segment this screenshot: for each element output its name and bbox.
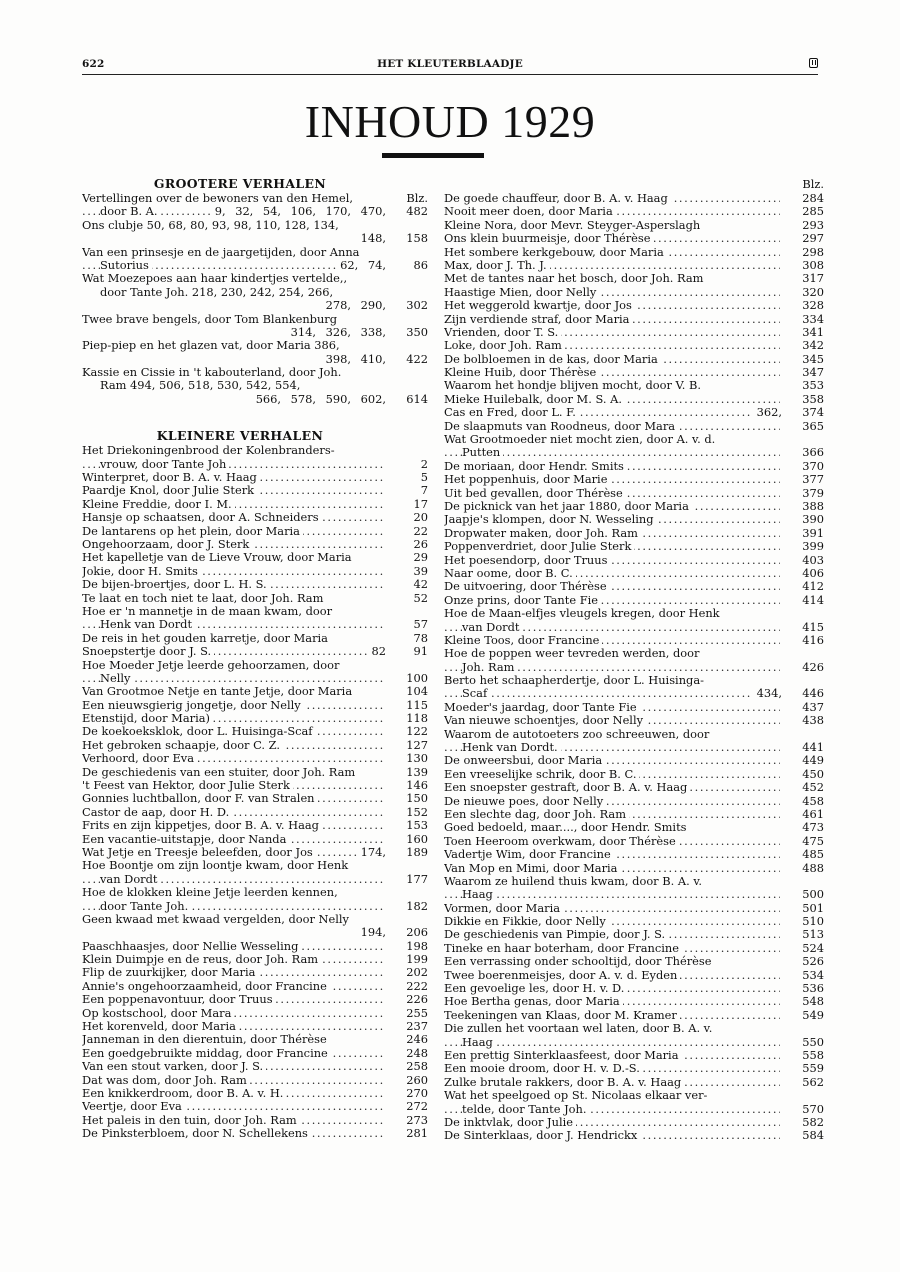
toc-entry[interactable]: Zijn verdiende straf, door Maria........… — [444, 313, 824, 326]
header-rule — [82, 74, 818, 75]
toc-entry-page-number: 558 — [802, 1049, 824, 1062]
toc-entry-page-number: 130 — [406, 752, 428, 765]
toc-entry[interactable]: 't Feest van Hektor, door Julie Sterk...… — [82, 779, 428, 792]
toc-entry-last-line: De inktvlak, door Julie.................… — [444, 1116, 824, 1129]
toc-entry[interactable]: Kleine Nora, door Mevr. Steyger-Aspersla… — [444, 219, 824, 232]
toc-entry[interactable]: Van nieuwe schoentjes, door Nelly.......… — [444, 714, 824, 727]
toc-entry-page-number: 334 — [802, 313, 824, 326]
toc-entry[interactable]: De lantarens op het plein, door Maria...… — [82, 525, 428, 538]
toc-entry-line: Hoe de poppen weer tevreden werden, door — [444, 647, 824, 660]
toc-entry-last-line: Goed bedoeld, maar...., door Hendr. Smit… — [444, 821, 824, 834]
toc-entry-title: Dikkie en Fikkie, door Nelly — [444, 915, 609, 928]
toc-entry[interactable]: De uitvoering, door Thérèse.............… — [444, 580, 824, 593]
toc-entry-page-number: 298 — [802, 246, 824, 259]
toc-entry-title: De koekoeksklok, door L. Huisinga-Scaf — [82, 725, 316, 738]
toc-entry-page-number: 118 — [406, 712, 428, 725]
toc-entry-line: Waarom ze huilend thuis kwam, door B. A.… — [444, 875, 824, 888]
toc-entry-page-number: 374 — [802, 406, 824, 419]
toc-entry-title: Haag — [462, 1036, 496, 1049]
toc-entry-title: Veertje, door Eva — [82, 1100, 185, 1113]
toc-entry-page-number: 501 — [802, 902, 824, 915]
toc-entry-title: De uitvoering, door Thérèse — [444, 580, 610, 593]
toc-entry[interactable]: Uit bed gevallen, door Thérèse..........… — [444, 487, 824, 500]
toc-entry-title: Die zullen het voortaan wel laten, door … — [444, 1022, 715, 1035]
toc-entry[interactable]: Hoe de Maan-elfjes vleugels kregen, door… — [444, 607, 824, 634]
toc-entry[interactable]: Hoe Boontje om zijn loontje kwam, door H… — [82, 859, 428, 886]
toc-entry[interactable]: Paaschhaasjes, door Nellie Wesseling....… — [82, 940, 428, 953]
toc-entry-page-number: 293 — [802, 219, 824, 232]
toc-entry[interactable]: Loke, door Joh. Ram.....................… — [444, 339, 824, 352]
toc-entry-title: telde, door Tante Joh. — [462, 1103, 589, 1116]
toc-entry[interactable]: Frits en zijn kippetjes, door B. A. v. H… — [82, 819, 428, 832]
toc-entry[interactable]: De picknick van het jaar 1880, door Mari… — [444, 500, 824, 513]
toc-entry-title: Waarom het hondje blijven mocht, door V.… — [444, 379, 704, 392]
toc-entry-line: Kassie en Cissie in 't kabouterland, doo… — [82, 366, 428, 379]
toc-entry[interactable]: De bolbloemen in de kas, door Maria.....… — [444, 353, 824, 366]
toc-entry-title: Loke, door Joh. Ram — [444, 339, 565, 352]
toc-entry-page-number: 139 — [406, 766, 428, 779]
section-heading: GROOTERE VERHALEN — [82, 176, 428, 192]
toc-entry[interactable]: Hansje op schaatsen, door A. Schneiders.… — [82, 511, 428, 524]
toc-entry[interactable]: Kleine Toos, door Francine..............… — [444, 634, 824, 647]
toc-entry-title: Joh. Ram — [462, 661, 517, 674]
toc-entry[interactable]: Wat Jetje en Treesje beleefden, door Jos… — [82, 846, 428, 859]
toc-entry[interactable]: Klein Duimpje en de reus, door Joh. Ram.… — [82, 953, 428, 966]
toc-entry[interactable]: Kassie en Cissie in 't kabouterland, doo… — [82, 366, 428, 406]
toc-entry-page-number: 342 — [802, 339, 824, 352]
ornament-icon — [809, 58, 818, 68]
toc-entry[interactable]: Cas en Fred, door L. F..................… — [444, 406, 824, 419]
toc-entry-last-line: De onweersbui, door Maria...............… — [444, 754, 824, 767]
toc-entry[interactable]: De slaapmuts van Roodneus, door Mara....… — [444, 420, 824, 433]
toc-entry-last-line: Henk van Dordt..........................… — [444, 741, 824, 754]
toc-entry[interactable]: Tineke en haar boterham, door Francine..… — [444, 942, 824, 955]
toc-entry-extra-pages: 314, 326, 338, — [287, 326, 386, 339]
toc-entry[interactable]: Een snoepster gestraft, door B. A. v. Ha… — [444, 781, 824, 794]
toc-entry[interactable]: Vormen, door Maria......................… — [444, 902, 824, 915]
toc-entry[interactable]: Die zullen het voortaan wel laten, door … — [444, 1022, 824, 1049]
toc-entry[interactable]: Goed bedoeld, maar...., door Hendr. Smit… — [444, 821, 824, 834]
toc-entry[interactable]: Haastige Mien, door Nelly...............… — [444, 286, 824, 299]
toc-entry-last-line: De picknick van het jaar 1880, door Mari… — [444, 500, 824, 513]
toc-entry-last-line: 314, 326, 338,350 — [82, 326, 428, 339]
toc-entry[interactable]: Dropwater maken, door Joh. Ram..........… — [444, 527, 824, 540]
toc-entry-title: Een nieuwsgierig jongetje, door Nelly — [82, 699, 304, 712]
toc-entry-page-number: 536 — [802, 982, 824, 995]
toc-entry[interactable]: Een goedgebruikte middag, door Francine.… — [82, 1047, 428, 1060]
toc-entry-title — [100, 393, 103, 406]
toc-entry-title: De moriaan, door Hendr. Smits — [444, 460, 627, 473]
toc-entry[interactable]: Winterpret, door B. A. v. Haag..........… — [82, 471, 428, 484]
toc-entry-title: Vadertje Wim, door Francine — [444, 848, 614, 861]
toc-entry[interactable]: Een mooie droom, door H. v. D.-S........… — [444, 1062, 824, 1075]
toc-entry-title: vrouw, door Tante Joh — [100, 458, 229, 471]
toc-entry[interactable]: Verhoord, door Eva......................… — [82, 752, 428, 765]
toc-entry-line: Hoe Moeder Jetje leerde gehoorzamen, doo… — [82, 659, 428, 672]
toc-entry-last-line: Naar oome, door B. C....................… — [444, 567, 824, 580]
toc-entry-title: Van een stout varken, door J. S. — [82, 1060, 266, 1073]
toc-entry-page-number: 237 — [406, 1020, 428, 1033]
toc-entry-page-number: 550 — [802, 1036, 824, 1049]
toc-entry-title: Van Grootmoe Netje en tante Jetje, door … — [82, 685, 355, 698]
toc-entry-page-number: 152 — [406, 806, 428, 819]
toc-entry[interactable]: Hoe Moeder Jetje leerde gehoorzamen, doo… — [82, 659, 428, 686]
toc-entry[interactable]: Annie's ongehoorzaamheid, door Francine.… — [82, 980, 428, 993]
toc-entry-page-number: 317 — [802, 272, 824, 285]
toc-entry[interactable]: De moriaan, door Hendr. Smits...........… — [444, 460, 824, 473]
toc-entry[interactable]: Piep-piep en het glazen vat, door Maria … — [82, 339, 428, 366]
toc-entry[interactable]: Gonnies luchtballon, door F. van Stralen… — [82, 792, 428, 805]
toc-entry-extra-pages: 362, — [753, 406, 782, 419]
toc-entry[interactable]: Het korenveld, door Maria...............… — [82, 1020, 428, 1033]
toc-entry-page-number: 414 — [802, 594, 824, 607]
toc-entry-extra-pages: 434, — [753, 687, 782, 700]
toc-entry-title: Een prettig Sinterklaasfeest, door Maria — [444, 1049, 682, 1062]
toc-entry-title: Hansje op schaatsen, door A. Schneiders — [82, 511, 322, 524]
toc-entry-title: Piep-piep en het glazen vat, door Maria … — [82, 339, 343, 352]
toc-entry-page-number: 345 — [802, 353, 824, 366]
toc-entry-page-number: 365 — [802, 420, 824, 433]
toc-entry[interactable]: Van een stout varken, door J. S.........… — [82, 1060, 428, 1073]
toc-entry-title: Het poppenhuis, door Marie — [444, 473, 610, 486]
toc-entry[interactable]: Paardje Knol, door Julie Sterk..........… — [82, 484, 428, 497]
toc-entry-last-line: De bolbloemen in de kas, door Maria.....… — [444, 353, 824, 366]
toc-entry-title: Kassie en Cissie in 't kabouterland, doo… — [82, 366, 344, 379]
toc-entry-last-line: Met de tantes naar het bosch, door Joh. … — [444, 272, 824, 285]
toc-entry-last-line: Vormen, door Maria......................… — [444, 902, 824, 915]
toc-entry-page-number: 548 — [802, 995, 824, 1008]
toc-entry-last-line: Van Grootmoe Netje en tante Jetje, door … — [82, 685, 428, 698]
toc-entry-last-line: De lantarens op het plein, door Maria...… — [82, 525, 428, 538]
toc-entry[interactable]: Mieke Huilebalk, door M. S. A...........… — [444, 393, 824, 406]
toc-entry-title: Het poesendorp, door Truus — [444, 554, 610, 567]
toc-entry-title: Een vacantie-uitstapje, door Nanda — [82, 833, 289, 846]
toc-entry[interactable]: Snoepstertje door J. S..................… — [82, 645, 428, 658]
toc-entry[interactable]: Van Mop en Mimi, door Maria.............… — [444, 862, 824, 875]
toc-entry-title: De nieuwe poes, door Nelly — [444, 795, 606, 808]
toc-entry-page-number: 449 — [802, 754, 824, 767]
toc-entry[interactable]: Het kapelletje van de Lieve Vrouw, door … — [82, 551, 428, 564]
toc-entry-page-number: 347 — [802, 366, 824, 379]
toc-entry-title: De slaapmuts van Roodneus, door Mara — [444, 420, 678, 433]
toc-entry[interactable]: Hoe de poppen weer tevreden werden, door… — [444, 647, 824, 674]
toc-entry[interactable]: Wat Grootmoeder niet mocht zien, door A.… — [444, 433, 824, 460]
toc-entry-page-number: 206 — [406, 926, 428, 939]
toc-entry[interactable]: Met de tantes naar het bosch, door Joh. … — [444, 272, 824, 285]
toc-entry[interactable]: De geschiedenis van Pimpie, door J. S...… — [444, 928, 824, 941]
toc-entry-page-number: 160 — [406, 833, 428, 846]
toc-entry[interactable]: Jaapje's klompen, door N. Wesseling.....… — [444, 513, 824, 526]
toc-entry-line: door Tante Joh. 218, 230, 242, 254, 266, — [82, 286, 428, 299]
toc-entry[interactable]: Een poppenavontuur, door Truus..........… — [82, 993, 428, 1006]
toc-entry[interactable]: Vertellingen over de bewoners van den He… — [82, 192, 428, 219]
toc-entry-title: Wat Grootmoeder niet mocht zien, door A.… — [444, 433, 718, 446]
toc-entry-last-line: Het poppenhuis, door Marie..............… — [444, 473, 824, 486]
running-title: HET KLEUTERBLAADJE — [82, 58, 818, 70]
toc-entry-title: Te laat en toch niet te laat, door Joh. … — [82, 592, 326, 605]
toc-entry[interactable]: Van Grootmoe Netje en tante Jetje, door … — [82, 685, 428, 698]
toc-entry-title: Ons klein buurmeisje, door Thérèse — [444, 232, 654, 245]
toc-entry-page-number: 198 — [406, 940, 428, 953]
toc-entry[interactable]: Wat het speelgoed op St. Nicolaas elkaar… — [444, 1089, 824, 1116]
toc-entry-page-number: 488 — [802, 862, 824, 875]
toc-entry-last-line: 194,206 — [82, 926, 428, 939]
toc-entry-title: Het Driekoningenbrood der Kolenbranders- — [82, 444, 338, 457]
toc-entry[interactable]: Castor de aap, door H. D................… — [82, 806, 428, 819]
toc-entry-title: Haastige Mien, door Nelly — [444, 286, 599, 299]
toc-entry[interactable]: De goede chauffeur, door B. A. v. Haag..… — [444, 192, 824, 205]
toc-entry[interactable]: Een gevoelige les, door H. v. D.........… — [444, 982, 824, 995]
toc-entry-page-number: 416 — [802, 634, 824, 647]
toc-entry-title: Kleine Toos, door Francine — [444, 634, 602, 647]
toc-entry[interactable]: De inktvlak, door Julie.................… — [444, 1116, 824, 1129]
toc-entry[interactable]: Toen Heeroom overkwam, door Thérèse.....… — [444, 835, 824, 848]
toc-entry-last-line: Veertje, door Eva.......................… — [82, 1100, 428, 1113]
toc-entry-page-number: 446 — [802, 687, 824, 700]
toc-entry[interactable]: Het paleis in den tuin, door Joh. Ram...… — [82, 1114, 428, 1127]
toc-entry-title: De geschiedenis van een stuiter, door Jo… — [82, 766, 358, 779]
toc-entry[interactable]: Hoe er 'n mannetje in de maan kwam, door… — [82, 605, 428, 632]
toc-entry-title: Haag — [462, 888, 496, 901]
toc-entry-title: Van nieuwe schoentjes, door Nelly — [444, 714, 646, 727]
toc-entry[interactable]: Twee brave bengels, door Tom Blankenburg… — [82, 313, 428, 340]
toc-entry-last-line: De geschiedenis van Pimpie, door J. S...… — [444, 928, 824, 941]
toc-entry-page-number: 189 — [406, 846, 428, 859]
toc-entry-page-number: 412 — [802, 580, 824, 593]
toc-entry-title: Een slechte dag, door Joh. Ram — [444, 808, 629, 821]
toc-entry[interactable]: Het weggerold kwartje, door Jos.........… — [444, 299, 824, 312]
toc-entry-page-number: 52 — [414, 592, 429, 605]
toc-entry[interactable]: Teekeningen van Klaas, door M. Kramer...… — [444, 1009, 824, 1022]
toc-entry-page-number: 513 — [802, 928, 824, 941]
toc-entry[interactable]: De onweersbui, door Maria...............… — [444, 754, 824, 767]
toc-entry[interactable]: Moeder's jaardag, door Tante Fie........… — [444, 701, 824, 714]
toc-entry-title: Jaapje's klompen, door N. Wesseling — [444, 513, 657, 526]
toc-entry-last-line: vrouw, door Tante Joh...................… — [82, 458, 428, 471]
toc-entry[interactable]: Een prettig Sinterklaasfeest, door Maria… — [444, 1049, 824, 1062]
toc-entry-title: Verhoord, door Eva — [82, 752, 197, 765]
toc-entry-last-line: 148,158 — [82, 232, 428, 245]
toc-entry[interactable]: Kleine Huib, door Thérèse...............… — [444, 366, 824, 379]
toc-entry-page-number: 415 — [802, 621, 824, 634]
document-page: 622 HET KLEUTERBLAADJE INHOUD 1929 GROOT… — [0, 0, 900, 1272]
toc-entry[interactable]: Wat Moezepoes aan haar kindertjes vertel… — [82, 272, 428, 312]
toc-entry[interactable]: Ons clubje 50, 68, 80, 93, 98, 110, 128,… — [82, 219, 428, 246]
toc-entry[interactable]: Het poppenhuis, door Marie..............… — [444, 473, 824, 486]
toc-entry[interactable]: Flip de zuurkijker, door Maria..........… — [82, 966, 428, 979]
toc-entry-page-number: 104 — [406, 685, 428, 698]
toc-entry-last-line: De moriaan, door Hendr. Smits...........… — [444, 460, 824, 473]
toc-entry[interactable]: Nooit meer doen, door Maria.............… — [444, 205, 824, 218]
toc-entry-title: Winterpret, door B. A. v. Haag — [82, 471, 260, 484]
toc-entry-title: De picknick van het jaar 1880, door Mari… — [444, 500, 692, 513]
toc-entry-last-line: van Dordt...............................… — [82, 873, 428, 886]
toc-entry-page-number: 570 — [802, 1103, 824, 1116]
toc-entry[interactable]: Een vreeselijke schrik, door B. C.......… — [444, 768, 824, 781]
toc-entry-page-number: 122 — [406, 725, 428, 738]
toc-entry-title: De goede chauffeur, door B. A. v. Haag — [444, 192, 671, 205]
toc-entry-last-line: Vrienden, door T. S.....................… — [444, 326, 824, 339]
toc-entry[interactable]: De reis in het gouden karretje, door Mar… — [82, 632, 428, 645]
toc-entry[interactable]: Dat was dom, door Joh. Ram..............… — [82, 1074, 428, 1087]
toc-entry-title: Cas en Fred, door L. F. — [444, 406, 579, 419]
toc-entry[interactable]: Een slechte dag, door Joh. Ram..........… — [444, 808, 824, 821]
toc-entry-title: Etenstijd, door Maria) — [82, 712, 213, 725]
toc-entry-title: Een knikkerdroom, door B. A. v. H. — [82, 1087, 286, 1100]
toc-entry[interactable]: Geen kwaad met kwaad vergelden, door Nel… — [82, 913, 428, 940]
toc-entry-last-line: Dikkie en Fikkie, door Nelly............… — [444, 915, 824, 928]
toc-entry[interactable]: Te laat en toch niet te laat, door Joh. … — [82, 592, 428, 605]
toc-entry-title: De lantarens op het plein, door Maria — [82, 525, 303, 538]
toc-entry[interactable]: Het poesendorp, door Truus..............… — [444, 554, 824, 567]
toc-entry-last-line: Loke, door Joh. Ram.....................… — [444, 339, 824, 352]
toc-entry-title: Zulke brutale rakkers, door B. A. v. Haa… — [444, 1076, 684, 1089]
toc-entry-last-line: De Sinterklaas, door J. Hendrickx.......… — [444, 1129, 824, 1142]
toc-entry-extra-pages: 9, 32, 54, 106, 170, 470, — [211, 205, 386, 218]
toc-entry[interactable]: De bijen-broertjes, door L. H. S........… — [82, 578, 428, 591]
toc-entry-line: Waarom de autotoeters zoo schreeuwen, do… — [444, 728, 824, 741]
toc-entry-line: Wat Grootmoeder niet mocht zien, door A.… — [444, 433, 824, 446]
toc-entry-last-line: Een gevoelige les, door H. v. D.........… — [444, 982, 824, 995]
toc-entry-title: De Sinterklaas, door J. Hendrickx — [444, 1129, 640, 1142]
toc-entry[interactable]: Het Driekoningenbrood der Kolenbranders-… — [82, 444, 428, 471]
toc-entry[interactable]: Max, door J. Th. J......................… — [444, 259, 824, 272]
toc-entry-page-number: 42 — [414, 578, 429, 591]
toc-entry-last-line: De nieuwe poes, door Nelly..............… — [444, 795, 824, 808]
running-header: 622 HET KLEUTERBLAADJE — [82, 56, 818, 76]
toc-entry[interactable]: De Sinterklaas, door J. Hendrickx.......… — [444, 1129, 824, 1142]
toc-entry-last-line: Het korenveld, door Maria...............… — [82, 1020, 428, 1033]
toc-entry[interactable]: De Pinksterbloem, door N. Schellekens...… — [82, 1127, 428, 1140]
toc-entry-title: De onweersbui, door Maria — [444, 754, 605, 767]
toc-entry[interactable]: De koekoeksklok, door L. Huisinga-Scaf..… — [82, 725, 428, 738]
toc-entry-last-line: Frits en zijn kippetjes, door B. A. v. H… — [82, 819, 428, 832]
toc-entry-last-line: 't Feest van Hektor, door Julie Sterk...… — [82, 779, 428, 792]
toc-entry[interactable]: Een verrassing onder schooltijd, door Th… — [444, 955, 824, 968]
toc-entry[interactable]: Hoe Bertha genas, door Maria............… — [444, 995, 824, 1008]
toc-entry[interactable]: Een knikkerdroom, door B. A. v. H.......… — [82, 1087, 428, 1100]
toc-entry-title: door B. A. — [100, 205, 161, 218]
toc-entry-page-number: 260 — [406, 1074, 428, 1087]
toc-entry[interactable]: Dikkie en Fikkie, door Nelly............… — [444, 915, 824, 928]
toc-entry[interactable]: Twee boerenmeisjes, door A. v. d. Eyden.… — [444, 969, 824, 982]
toc-entry-title: De geschiedenis van Pimpie, door J. S. — [444, 928, 668, 941]
toc-entry-page-number: 39 — [414, 565, 429, 578]
toc-entry[interactable]: Van een prinsesje en de jaargetijden, do… — [82, 246, 428, 273]
toc-entry-title: Kleine Huib, door Thérèse — [444, 366, 599, 379]
toc-entry-title: Goed bedoeld, maar...., door Hendr. Smit… — [444, 821, 690, 834]
toc-entry[interactable]: Hoe de klokken kleine Jetje leerden kenn… — [82, 886, 428, 913]
toc-entry-last-line: Een vreeselijke schrik, door B. C.......… — [444, 768, 824, 781]
toc-entry[interactable]: Kleine Freddie, door I. M...............… — [82, 498, 428, 511]
toc-entry[interactable]: Waarom de autotoeters zoo schreeuwen, do… — [444, 728, 824, 755]
toc-entry-page-number: 390 — [802, 513, 824, 526]
toc-entry[interactable]: Janneman in den dierentuin, door Thérèse… — [82, 1033, 428, 1046]
toc-entry-last-line: Ongehoorzaam, door J. Sterk.............… — [82, 538, 428, 551]
toc-entry[interactable]: Een vacantie-uitstapje, door Nanda......… — [82, 833, 428, 846]
toc-entry[interactable]: Etenstijd, door Maria)..................… — [82, 712, 428, 725]
toc-entry[interactable]: Onze prins, door Tante Fie..............… — [444, 594, 824, 607]
toc-entry-title: Annie's ongehoorzaamheid, door Francine — [82, 980, 330, 993]
toc-entry-last-line: De Pinksterbloem, door N. Schellekens...… — [82, 1127, 428, 1140]
toc-entry[interactable]: Berto het schaapherdertje, door L. Huisi… — [444, 674, 824, 701]
toc-entry-last-line: Tineke en haar boterham, door Francine..… — [444, 942, 824, 955]
toc-entry-last-line: Onze prins, door Tante Fie..............… — [444, 594, 824, 607]
toc-entry-title: Hoe de Maan-elfjes vleugels kregen, door… — [444, 607, 723, 620]
toc-entry-page-number: 422 — [406, 353, 428, 366]
toc-entry-title: Hoe Boontje om zijn loontje kwam, door H… — [82, 859, 351, 872]
toc-entry[interactable]: Waarom het hondje blijven mocht, door V.… — [444, 379, 824, 392]
toc-entry-title: Mieke Huilebalk, door M. S. A. — [444, 393, 625, 406]
toc-entry-title: Uit bed gevallen, door Thérèse — [444, 487, 626, 500]
toc-entry-last-line: Kleine Freddie, door I. M...............… — [82, 498, 428, 511]
toc-entry[interactable]: Zulke brutale rakkers, door B. A. v. Haa… — [444, 1076, 824, 1089]
toc-entry-last-line: Een vacantie-uitstapje, door Nanda......… — [82, 833, 428, 846]
toc-entry-last-line: Twee boerenmeisjes, door A. v. d. Eyden.… — [444, 969, 824, 982]
toc-entry-line: Hoe de Maan-elfjes vleugels kregen, door… — [444, 607, 824, 620]
toc-entry-page-number: 582 — [802, 1116, 824, 1129]
toc-entry-last-line: Paardje Knol, door Julie Sterk..........… — [82, 484, 428, 497]
toc-entry-last-line: Een mooie droom, door H. v. D.-S........… — [444, 1062, 824, 1075]
toc-entry-last-line: Wat Jetje en Treesje beleefden, door Jos… — [82, 846, 428, 859]
toc-entry-page-number: 437 — [802, 701, 824, 714]
toc-entry[interactable]: Vadertje Wim, door Francine.............… — [444, 848, 824, 861]
toc-entry-page-number: 485 — [802, 848, 824, 861]
toc-entry-title: Janneman in den dierentuin, door Thérèse — [82, 1033, 330, 1046]
toc-entry[interactable]: Waarom ze huilend thuis kwam, door B. A.… — [444, 875, 824, 902]
toc-entry-last-line: Flip de zuurkijker, door Maria..........… — [82, 966, 428, 979]
toc-entry-page-number: 158 — [406, 232, 428, 245]
toc-entry[interactable]: Vrienden, door T. S.....................… — [444, 326, 824, 339]
toc-entry[interactable]: Op kostschool, door Mara................… — [82, 1007, 428, 1020]
toc-entry-page-number: 366 — [802, 446, 824, 459]
toc-entry[interactable]: Veertje, door Eva.......................… — [82, 1100, 428, 1113]
toc-entry-page-number: 473 — [802, 821, 824, 834]
toc-entry-page-number: 29 — [414, 551, 429, 564]
toc-entry[interactable]: Jokie, door H. Smits....................… — [82, 565, 428, 578]
toc-entry[interactable]: Ons klein buurmeisje, door Thérèse......… — [444, 232, 824, 245]
toc-entry-page-number: 272 — [406, 1100, 428, 1113]
toc-entry-page-number: 100 — [406, 672, 428, 685]
toc-entry-title: Nooit meer doen, door Maria — [444, 205, 616, 218]
toc-entry-line: Berto het schaapherdertje, door L. Huisi… — [444, 674, 824, 687]
toc-entry-title: Twee boerenmeisjes, door A. v. d. Eyden — [444, 969, 680, 982]
toc-entry-last-line: Het weggerold kwartje, door Jos.........… — [444, 299, 824, 312]
toc-entry-last-line: Van nieuwe schoentjes, door Nelly.......… — [444, 714, 824, 727]
toc-entry-title: De Pinksterbloem, door N. Schellekens — [82, 1127, 311, 1140]
toc-entry-page-number: 452 — [802, 781, 824, 794]
toc-entry-line: Ram 494, 506, 518, 530, 542, 554, — [82, 379, 428, 392]
toc-entry[interactable]: Het gebroken schaapje, door C. Z........… — [82, 739, 428, 752]
left-column: GROOTERE VERHALENBlz.Vertellingen over d… — [82, 176, 428, 1141]
toc-entry[interactable]: Een nieuwsgierig jongetje, door Nelly...… — [82, 699, 428, 712]
toc-entry-last-line: Het kapelletje van de Lieve Vrouw, door … — [82, 551, 428, 564]
toc-entry-page-number: 534 — [802, 969, 824, 982]
toc-entry[interactable]: Poppenverdriet, door Julie Sterk........… — [444, 540, 824, 553]
toc-entry-last-line: Een prettig Sinterklaasfeest, door Maria… — [444, 1049, 824, 1062]
toc-entry-title: Het sombere kerkgebouw, door Maria — [444, 246, 667, 259]
toc-entry-page-number: 441 — [802, 741, 824, 754]
toc-entry[interactable]: De nieuwe poes, door Nelly..............… — [444, 795, 824, 808]
toc-entry-page-number: 182 — [406, 900, 428, 913]
toc-entry[interactable]: Ongehoorzaam, door J. Sterk.............… — [82, 538, 428, 551]
toc-entry-title: Van een prinsesje en de jaargetijden, do… — [82, 246, 362, 259]
toc-entry-page-number: 281 — [406, 1127, 428, 1140]
toc-entry-last-line: Henk van Dordt..........................… — [82, 618, 428, 631]
toc-entry[interactable]: Het sombere kerkgebouw, door Maria......… — [444, 246, 824, 259]
toc-entry[interactable]: Naar oome, door B. C....................… — [444, 567, 824, 580]
toc-entry[interactable]: De geschiedenis van een stuiter, door Jo… — [82, 766, 428, 779]
